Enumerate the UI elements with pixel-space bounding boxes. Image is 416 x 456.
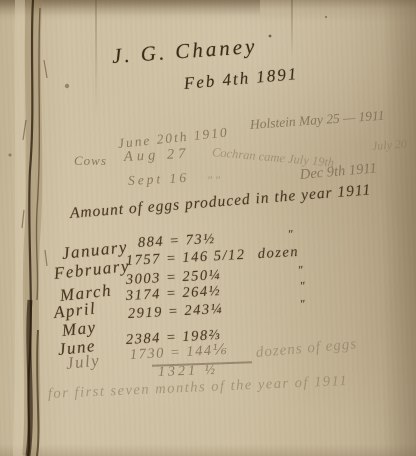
equals-sign: = — [166, 269, 178, 286]
equals-sign: = — [166, 329, 178, 346]
month-label: July — [65, 350, 101, 373]
book-endpaper-page: J. G. Chaney Feb 4th 1891 Holstein May 2… — [0, 0, 416, 456]
egg-count: 2919 — [128, 304, 164, 322]
egg-count: 1730 — [130, 345, 166, 363]
unit-label: ″ — [297, 263, 304, 278]
egg-count: 3174 — [126, 286, 162, 304]
note-cows-label: Cows — [74, 153, 107, 169]
dozen-count: 264½ — [182, 283, 221, 301]
ditto-marks: ″ ″ — [207, 173, 220, 188]
note-july-date: July 20 — [371, 137, 407, 154]
equals-sign: = — [168, 303, 180, 320]
unit-label: ″ — [287, 227, 294, 242]
unit-label: ″ — [299, 297, 306, 312]
egg-count: 3003 — [126, 270, 162, 288]
equals-sign: = — [170, 344, 182, 361]
unit-label: ″ — [299, 279, 306, 294]
dozen-count: 146 5/12 — [182, 247, 246, 266]
note-aug-date: Aug 27 — [124, 146, 190, 166]
dozen-count: 144⅙ — [186, 342, 229, 360]
unit-label: dozen — [257, 244, 299, 263]
egg-count: 1757 — [126, 251, 162, 269]
equals-sign: = — [166, 285, 178, 302]
equals-sign: = — [169, 233, 181, 250]
equals-sign: = — [166, 250, 178, 267]
dozen-count: 243¼ — [184, 301, 223, 319]
egg-count: 884 — [138, 234, 165, 251]
dozen-count: 73½ — [185, 231, 216, 249]
note-sept-date: Sept 16 — [128, 170, 190, 189]
